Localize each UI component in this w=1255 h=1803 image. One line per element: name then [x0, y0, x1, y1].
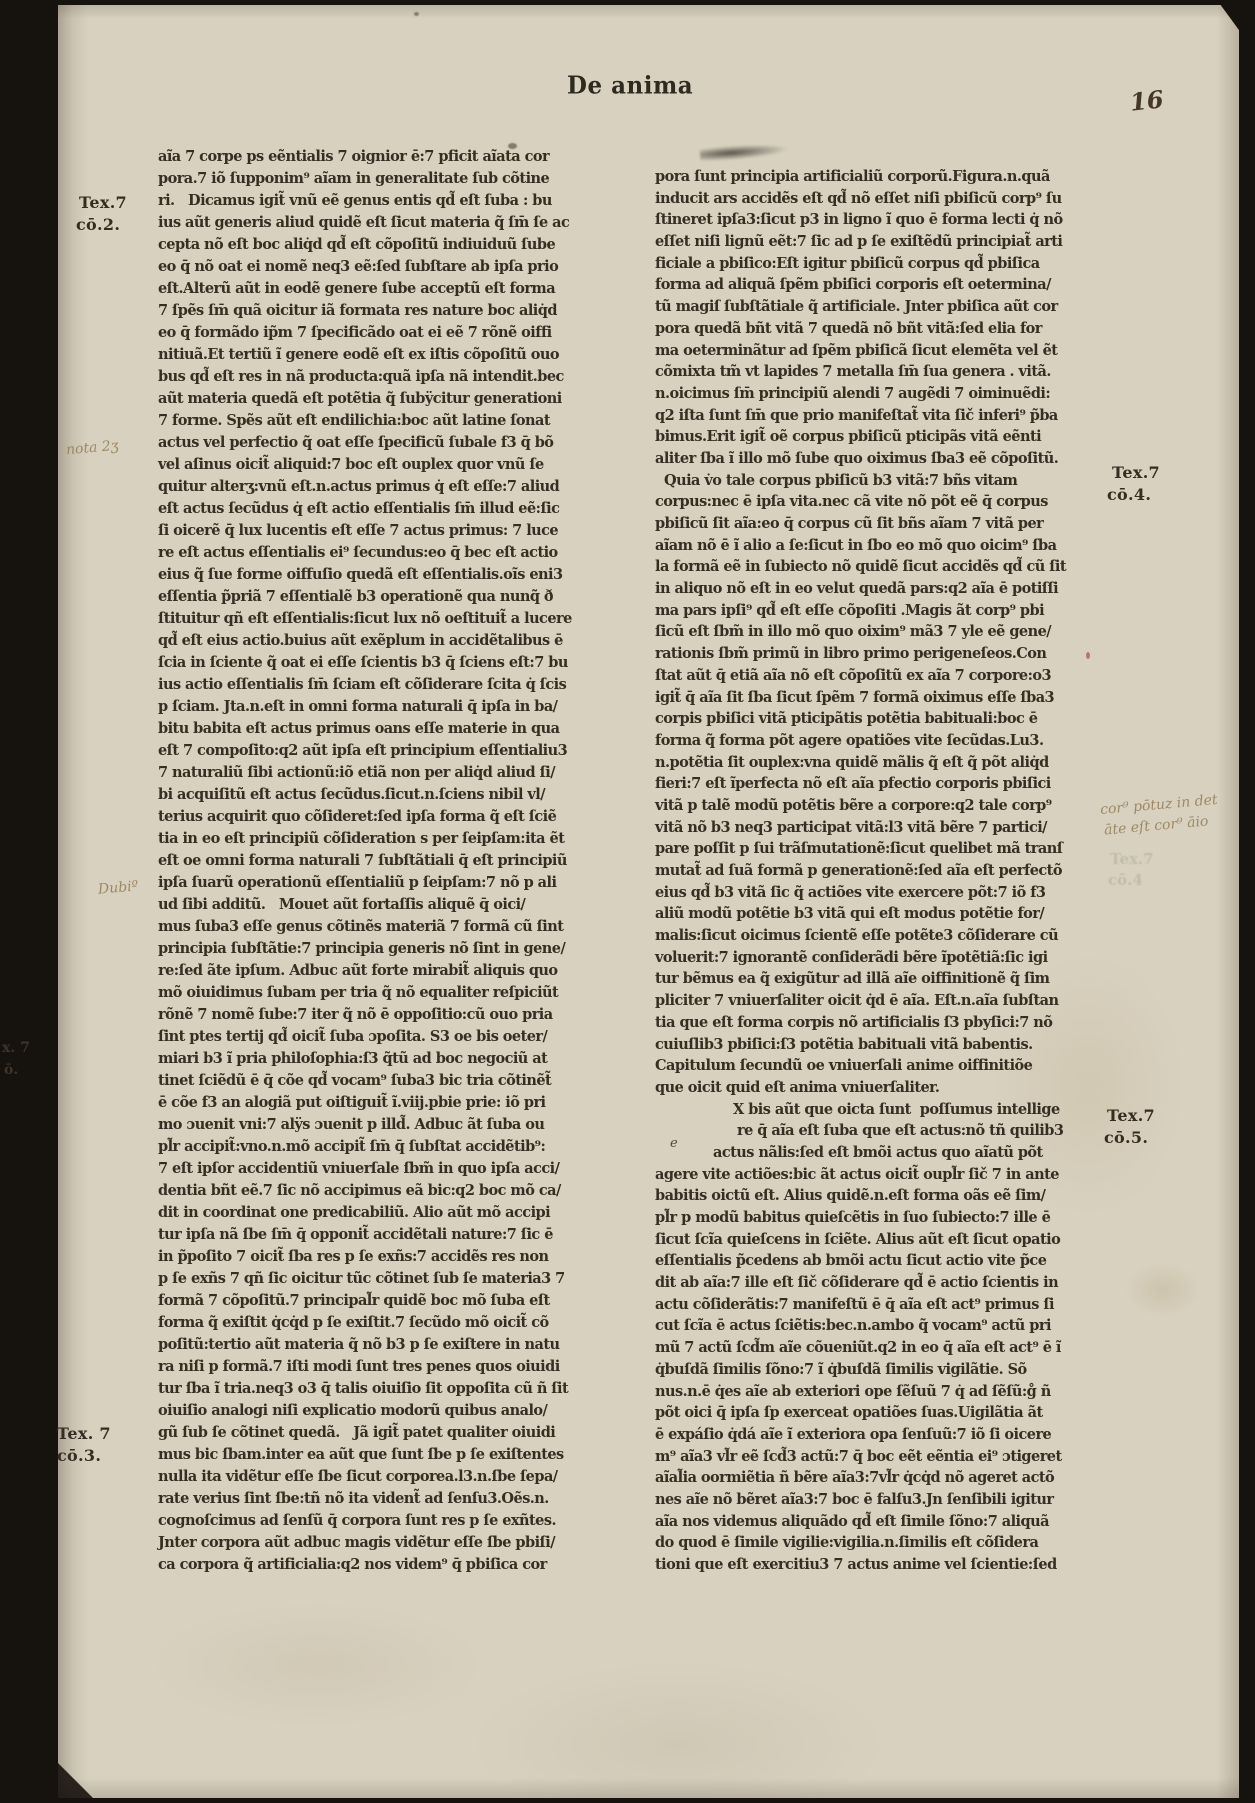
text-line: ſicut ſcĩa quieſcens in ſciẽte. Alius aũ…: [655, 1229, 1115, 1251]
text-line: 7 eſt ipſor accidentiũ vniuerſale ſbm̃ i…: [158, 1158, 618, 1180]
text-line: pare poſſit p ſui trãſmutationẽ:ſicut qu…: [655, 838, 1115, 860]
text-line: aliũ modũ potẽtie b3 vitã qui eſt modus …: [655, 903, 1115, 925]
text-line: ſtat aũt q̄ etiã aĩa nõ eſt cõpoſitũ ex …: [655, 665, 1115, 687]
text-line: principia ſubſtãtie:7 principia generis …: [158, 938, 618, 960]
text-line: ſcia in ſciente q̃ oat ei eſſe ſcientis …: [158, 652, 618, 674]
text-column-left: aĩa 7 corpe ps eẽntialis 7 oignior ē:7 p…: [158, 146, 618, 1576]
text-line: igit̃ q̄ aĩa ſit ſba ſicut ſpẽm 7 formã …: [655, 687, 1115, 709]
text-line: forma q̃ exiſtit q̇cq̇d p ſe exiſtit.7 ſ…: [158, 1312, 618, 1334]
page-number: 16: [1129, 84, 1165, 116]
paper-speck: [414, 12, 419, 16]
text-line: vel aſinus oicit̃ aliquid:7 boc eſt oupl…: [158, 454, 618, 476]
margin-edge-clipped: ō.: [4, 1062, 18, 1078]
text-line: pbiſicũ ſit aĩa:eo q̄ corpus cũ ſit bñs …: [655, 513, 1115, 535]
text-line: aĩa nos videmus aliquãdo qd̃ eſt ſimile …: [655, 1511, 1115, 1533]
text-line: eo q̄ nõ oat ei nomẽ neq3 eẽ:ſed ſubſtar…: [158, 256, 618, 278]
text-line: mus ſuba3 eſſe genus cõtinẽs materiã 7 f…: [158, 916, 618, 938]
text-line: tinet ſciẽdũ ē q̄ cõe qd̃ vocam⁹ ſuba3 b…: [158, 1070, 618, 1092]
text-line: põt oici q̄ ipſa ſp exerceat opatiões ſu…: [655, 1402, 1115, 1424]
margin-note-tex-co4: Tex.7: [1112, 463, 1160, 482]
text-line: gũ ſub ſe cõtinet quedã. Jã igit̃ patet …: [158, 1422, 618, 1444]
margin-note-ghost: cō.4: [1108, 871, 1143, 889]
text-line: bimus.Erit igit̃ oẽ corpus pbiſicũ ptici…: [655, 426, 1115, 448]
text-column-right: pora ſunt principia artificialiũ corporũ…: [655, 166, 1115, 1576]
text-line: in aliquo nõ eſt in eo velut quedã pars:…: [655, 578, 1115, 600]
text-line: rõnẽ 7 nomẽ ſube:7 iter q̃ nõ ē oppoſiti…: [158, 1004, 618, 1026]
text-line: tioni que eſt exercitiu3 7 actus anime v…: [655, 1554, 1115, 1576]
text-line: cut ſcĩa ē actus ſciẽtis:bec.n.ambo q̃ v…: [655, 1315, 1115, 1337]
text-line: aĩal̃ia oormiẽtia ñ bẽre aĩa3:7vl̃r q̇cq…: [655, 1467, 1115, 1489]
text-line: pl̃r p modũ babitus quieſcẽtis in ſuo ſu…: [655, 1207, 1115, 1229]
text-line: Quia v̇o tale corpus pbiſicũ b3 vitã:7 b…: [655, 470, 1115, 492]
text-line: 7 ſpẽs ſm̄ quã oicitur iã formata res na…: [158, 300, 618, 322]
text-line: dit ab aĩa:7 ille eſt ſič cõſiderare qd̃…: [655, 1272, 1115, 1294]
text-line: pora quedã bñt vitã 7 quedã nõ bñt vitã:…: [655, 318, 1115, 340]
text-line: babitis oictũ eſt. Alius quidẽ.n.eſt for…: [655, 1185, 1115, 1207]
text-line: mus bic ſbam.inter ea aũt que ſunt ſbe p…: [158, 1444, 618, 1466]
margin-note-tex-co4: cō.4.: [1107, 485, 1151, 504]
text-line: dentia bñt eẽ.7 ſic nõ accipimus eã bic:…: [158, 1180, 618, 1202]
text-line: ſtineret ipſa3:ſicut p3 in ligno ĩ quo ē…: [655, 209, 1115, 231]
text-line: bitu babita eſt actus primus oans eſſe m…: [158, 718, 618, 740]
text-line: corpis pbiſici vitã pticipãtis potẽtia b…: [655, 708, 1115, 730]
text-line: ri. Dicamus igit̃ vnũ eẽ genus entis qd̃…: [158, 190, 618, 212]
text-line: ius actio eſſentialis ſm̄ ſciam eſt cõſi…: [158, 674, 618, 696]
text-line: mo ɔuenit vni:7 alÿs ɔuenit p illd̃. Adb…: [158, 1114, 618, 1136]
text-line: pora.7 iõ ſupponim⁹ aĩam in generalitate…: [158, 168, 618, 190]
text-line: nitiuã.Et tertiũ ĩ genere eodẽ eſt ex iſ…: [158, 344, 618, 366]
text-line: forma q̃ forma põt agere opatiões vite ſ…: [655, 730, 1115, 752]
text-line: tur ipſa nã ſbe ſm̄ q̄ opponit̃ accidẽta…: [158, 1224, 618, 1246]
text-line: cuiuſlib3 pbiſici:ſ3 potẽtia babituali v…: [655, 1034, 1115, 1056]
text-line: q̇buſdã ſimilis ſõno:7 ĩ q̇buſdã ſimilis…: [655, 1359, 1115, 1381]
text-line: ſtituitur qñ eſt eſſentialis:ſicut lux n…: [158, 608, 618, 630]
margin-note-tex-co2: Tex.7: [79, 193, 127, 212]
text-line: Jnter corpora aũt adbuc magis vidẽtur eſ…: [158, 1532, 618, 1554]
text-line: poſitũ:tertio aũt materia q̃ nõ b3 p ſe …: [158, 1334, 618, 1356]
text-line: nes aĩe nõ bẽret aĩa3:7 boc ē falſu3.Jn …: [655, 1489, 1115, 1511]
text-line: re q̄ aĩa eſt ſuba que eſt actus:nõ tñ q…: [655, 1120, 1115, 1142]
text-line: la formã eẽ in ſubiecto nõ quidẽ ſicut a…: [655, 556, 1115, 578]
paper-speck: [508, 143, 517, 149]
text-line: cepta nõ eſt boc aliq̇d qd̃ eſt cõpoſitũ…: [158, 234, 618, 256]
text-line: eſt oe omni forma naturali 7 ſubſtãtiali…: [158, 850, 618, 872]
text-line: eo q̄ formãdo ip̃m 7 ſpecificãdo oat ei …: [158, 322, 618, 344]
initial-guide-letter: e: [670, 1136, 678, 1151]
text-line: nus.n.ē q̇es aĩe ab exteriori ope ſẽſuũ …: [655, 1381, 1115, 1403]
text-line: p ſciam. Jta.n.eſt in omni forma natural…: [158, 696, 618, 718]
text-line: ius aũt generis aliud quidẽ eſt ſicut ma…: [158, 212, 618, 234]
text-line: bus qd̃ eſt res in nã producta:quã ipſa …: [158, 366, 618, 388]
text-line: ud ſibi additũ. Mouet aũt fortaſſis aliq…: [158, 894, 618, 916]
text-line: n.potẽtia ſit ouplex:vna quidẽ mãlis q̃ …: [655, 752, 1115, 774]
text-line: vitã p talẽ modũ potẽtis bẽre a corpore:…: [655, 795, 1115, 817]
text-line: tũ magiſ ſubſtãtiale q̃ artificiale. Jnt…: [655, 296, 1115, 318]
text-line: tia que eſt forma corpis nõ artificialis…: [655, 1012, 1115, 1034]
text-line: que oicit quid eſt anima vniuerſaliter.: [655, 1077, 1115, 1099]
text-line: eſt 7 compoſito:q2 aũt ipſa eſt principi…: [158, 740, 618, 762]
text-line: in p̃poſito 7 oicit̃ ſba res p ſe exñs:7…: [158, 1246, 618, 1268]
text-line: fieri:7 eſt ĩperfecta nõ eſt aĩa pfectio…: [655, 773, 1115, 795]
text-line: ipſa ſuarũ operationũ eſſentialiũ p ſeip…: [158, 872, 618, 894]
margin-note-tex-co3: cō.3.: [57, 1446, 101, 1465]
text-line: p ſe exñs 7 qñ ſic oicitur tũc cõtinet ſ…: [158, 1268, 618, 1290]
text-line: rate verius ſint ſbe:tñ nõ ita vident̃ a…: [158, 1488, 618, 1510]
margin-note-tex-co5: Tex.7: [1107, 1106, 1155, 1125]
text-line: eſſentialis p̃cedens ab bmõi actu ſicut …: [655, 1250, 1115, 1272]
text-line: eſt actus ſecũdus q̇ eſt actio eſſential…: [158, 498, 618, 520]
text-line: cõmixta tm̃ vt lapides 7 metalla ſm̄ ſua…: [655, 361, 1115, 383]
text-line: re:ſed ãte ipſum. Adbuc aũt forte mirabi…: [158, 960, 618, 982]
text-line: malis:ſicut oicimus ſcientẽ eſſe potẽte3…: [655, 925, 1115, 947]
text-line: terius acquirit quo cõſideret:ſed ipſa f…: [158, 806, 618, 828]
margin-note-tex-co2: cō.2.: [76, 215, 120, 234]
text-line: oiuiſio analogi niſi explicatio modorũ q…: [158, 1400, 618, 1422]
text-line: cognoſcimus ad ſenſũ q̄ corpora ſunt res…: [158, 1510, 618, 1532]
text-line: eſſet niſi lignũ eẽt:7 ſic ad p ſe exiſt…: [655, 231, 1115, 253]
running-title: De anima: [567, 71, 693, 99]
text-line: ē cõe f3 an alogiã put oiſtiguit̃ ĩ.viij…: [158, 1092, 618, 1114]
text-line: m⁹ aĩa3 vl̃r eẽ ſcd̃3 actũ:7 q̄ boc eẽt …: [655, 1446, 1115, 1468]
margin-note-tex-co5: cō.5.: [1104, 1128, 1148, 1147]
text-line: forma ad aliquã ſpẽm pbiſici corporis eſ…: [655, 274, 1115, 296]
text-line: corpus:nec ē ipſa vita.nec cã vite nõ põ…: [655, 491, 1115, 513]
text-line: mutat̃ ad ſuã formã p generationẽ:ſed aĩ…: [655, 860, 1115, 882]
text-line: qd̃ eſt eius actio.buius aũt exẽplum in …: [158, 630, 618, 652]
text-line: miari b3 ĩ pria philoſophia:ſ3 q̃tũ ad b…: [158, 1048, 618, 1070]
text-line: tur ſba ĩ tria.neq3 o3 q̄ talis oiuiſio …: [158, 1378, 618, 1400]
text-line: actu cõſiderãtis:7 manifeſtũ ē q̄ aĩa eſ…: [655, 1294, 1115, 1316]
text-line: n.oicimus ſm̄ principiũ alendi 7 augẽdi …: [655, 383, 1115, 405]
scanned-book-page: { "page": { "header_title": "De anima", …: [0, 0, 1255, 1803]
text-line: 7 naturaliũ ſibi actionũ:iõ etiã non per…: [158, 762, 618, 784]
text-line: aũt materia quedã eſt potẽtia q̃ ſubÿcit…: [158, 388, 618, 410]
text-line: pliciter 7 vniuerſaliter oicit q̇d ē aĩa…: [655, 990, 1115, 1012]
text-line: ſint ptes tertij qd̃ oicit̃ ſuba ɔpoſita…: [158, 1026, 618, 1048]
text-line: eius qd̃ b3 vitã ſic q̃ actiões vite exe…: [655, 882, 1115, 904]
text-line: vitã nõ b3 neq3 participat vitã:l3 vitã …: [655, 817, 1115, 839]
text-line: mõ oiuidimus ſubam per tria q̃ nõ equali…: [158, 982, 618, 1004]
text-line: inducit ars accidẽs eſt qd̃ nõ eſſet niſ…: [655, 188, 1115, 210]
text-line: ca corpora q̃ artificialia:q2 nos videm⁹…: [158, 1554, 618, 1576]
text-line: eſſentia p̃priã 7 eſſentialẽ b3 operatio…: [158, 586, 618, 608]
text-line: dit in coordinat one predicabiliũ. Alio …: [158, 1202, 618, 1224]
text-line: rationis ſbm̃ primũ in libro primo perig…: [655, 643, 1115, 665]
text-line: actus vel perfectio q̃ oat eſſe ſpecific…: [158, 432, 618, 454]
text-line: agere vite actiões:bic ãt actus oicit̃ o…: [655, 1164, 1115, 1186]
margin-note-ghost: Tex.7: [1110, 850, 1154, 868]
text-line: ma oeterminãtur ad ſpẽm pbiſicã ſicut el…: [655, 340, 1115, 362]
text-line: eſt.Alterũ aũt in eodẽ genere ſube accep…: [158, 278, 618, 300]
margin-edge-clipped: x. 7: [2, 1040, 30, 1056]
text-line: tur bẽmus ea q̃ exigũtur ad illã aĩe oif…: [655, 968, 1115, 990]
text-line: ſi oicerẽ q̄ lux lucentis eſt eſſe 7 act…: [158, 520, 618, 542]
text-line: nulla ita vidẽtur eſſe ſbe ſicut corpore…: [158, 1466, 618, 1488]
text-line: pora ſunt principia artificialiũ corporũ…: [655, 166, 1115, 188]
text-line: formã 7 cõpoſitũ.7 principal̃r quidẽ boc…: [158, 1290, 618, 1312]
text-line: ra niſi p formã.7 iſti modi ſunt tres pe…: [158, 1356, 618, 1378]
text-line: bi acquiſitũ eſt actus ſecũdus.ſicut.n.ſ…: [158, 784, 618, 806]
margin-note-tex-co3: Tex. 7: [57, 1424, 111, 1443]
text-line: eius q̃ ſue forme oiffuſio quedã eſt eſſ…: [158, 564, 618, 586]
text-line: aĩa 7 corpe ps eẽntialis 7 oignior ē:7 p…: [158, 146, 618, 168]
text-line: ſicũ eſt ſbm̃ in illo mõ quo oixim⁹ mã3 …: [655, 621, 1115, 643]
text-line: Capitulum ſecundũ oe vniuerſali anime oi…: [655, 1055, 1115, 1077]
text-line: re eſt actus eſſentialis ei⁹ ſecundus:eo…: [158, 542, 618, 564]
text-line: ficiale a pbiſico:Eſt igitur pbiſicũ cor…: [655, 253, 1115, 275]
text-line: quitur alterʒ:vnũ eſt.n.actus primus q̇ …: [158, 476, 618, 498]
text-line: aĩam nõ ē ĩ alio a ſe:ſicut in ſbo eo mõ…: [655, 535, 1115, 557]
text-line: pl̃r accipit̃:vno.n.mõ accipit̃ ſm̄ q̄ ſ…: [158, 1136, 618, 1158]
text-line: mũ 7 actũ ſcd̃m aĩe cõueniũt.q2 in eo q̄…: [655, 1337, 1115, 1359]
text-line: X bis aũt que oicta ſunt poſſumus intell…: [655, 1099, 1115, 1121]
text-line: actus nãlis:ſed eſt bmõi actus quo aĩatũ…: [655, 1142, 1115, 1164]
red-ink-fleck: [1086, 652, 1090, 659]
text-line: ē expáſio q̇dá aĩe ĩ exteriora opa ſenſu…: [655, 1424, 1115, 1446]
text-line: 7 forme. Spẽs aũt eſt endilichia:boc aũt…: [158, 410, 618, 432]
text-line: do quod ē ſimile vigilie:vigilia.n.ſimil…: [655, 1532, 1115, 1554]
text-line: aliter ſba ĩ illo mõ ſube quo oiximus ſb…: [655, 448, 1115, 470]
text-line: q2 iſta ſunt ſm̄ que prio manifeſtat̃ vi…: [655, 405, 1115, 427]
text-line: voluerit:7 ignorantẽ conſiderãdi bẽre ĩp…: [655, 947, 1115, 969]
text-line: ma pars ipſi⁹ qd̃ eſt eſſe cõpoſiti .Mag…: [655, 600, 1115, 622]
text-line: tia in eo eſt principiũ cõſideration s p…: [158, 828, 618, 850]
